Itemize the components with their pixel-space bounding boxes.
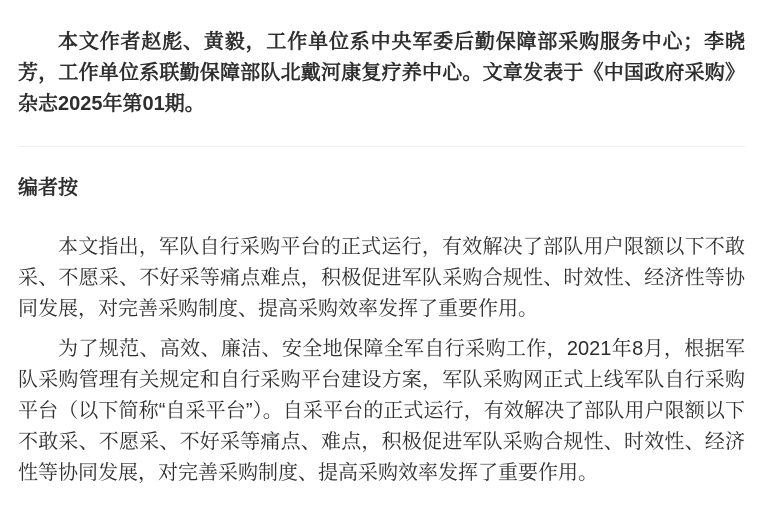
section-divider — [18, 146, 745, 147]
editor-note-heading: 编者按 — [18, 173, 745, 204]
editor-note-paragraph: 本文指出，军队自行采购平台的正式运行，有效解决了部队用户限额以下不敢采、不愿采、… — [18, 232, 745, 325]
body-paragraph: 为了规范、高效、廉洁、安全地保障全军自行采购工作，2021年8月，根据军队采购管… — [18, 334, 745, 489]
article-page: 本文作者赵彪、黄毅，工作单位系中央军委后勤保障部采购服务中心；李晓芳，工作单位系… — [0, 0, 759, 506]
author-attribution-paragraph: 本文作者赵彪、黄毅，工作单位系中央军委后勤保障部采购服务中心；李晓芳，工作单位系… — [18, 27, 745, 120]
article-content: 本文作者赵彪、黄毅，工作单位系中央军委后勤保障部采购服务中心；李晓芳，工作单位系… — [0, 0, 759, 506]
